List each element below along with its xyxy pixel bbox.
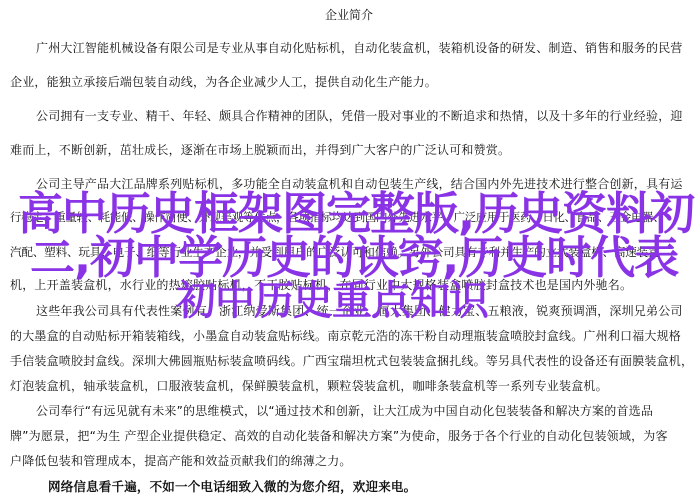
paragraph-line: 牌”为愿景，把“为生 产型企业提供稳定、高效的自动化装备和解决方案”为使命，服务… [10, 427, 668, 444]
paragraph-line: 公司拥有一支专业、精干、年轻、颇具合作精神的团队，凭借一股对事业的不断追求和热情… [36, 107, 683, 124]
paragraph-line: 户降低包装和管理成本，提高产能和效益贡献我们的绵薄之力。 [10, 452, 352, 469]
page-title: 企业简介 [0, 6, 698, 23]
overlay-title-line-3: 初中历史重点知识 [176, 281, 488, 321]
paragraph-line: 灯泡装盒机，轴承装盒机，口服液装盒机，保鲜膜装盒机，颗粒袋装盒机，咖啡条装盒机等… [10, 377, 608, 394]
overlay-title-line-2: 二,初中学历史的诀窍,历史时代表 [30, 235, 678, 280]
paragraph-line: 企业，能独立承接后端包装自动线，为各企业减少人工，提供自动化生产能力。 [10, 73, 437, 90]
paragraph-line: 广州大江智能机械设备有限公司是专业从事自动化贴标机，自动化装盒机，装箱机设备的研… [36, 39, 683, 56]
overlay-title-line-1: 高中历史框架图完整版,历史资料初 [18, 191, 694, 236]
paragraph-line: 公司奉行“有远见就有未来”的思维模式，以“通过技术和创新，让大江成为中国自动化包… [36, 402, 653, 419]
paragraph-line: 的大墨盒的自动贴标开箱装箱线，小墨盒自动装盒贴标线。南京乾元浩的冻干粉自动理瓶装… [10, 327, 681, 344]
closing-line: 网络信息看千遍，不如一个电话细致入微的为您介绍，欢迎来电。 [48, 477, 416, 495]
paragraph-line: 难而上，不断创新，茁壮成长，逐渐在市场上脱颖而出，并得到广大客户的广泛认可和赞赏… [10, 141, 510, 158]
paragraph-line: 手信装盒喷胶封盒线。深圳大佛圆瓶贴标装盒喷码线。广西宝瑞坦枕式包装装盒捆扎线。等… [10, 352, 693, 369]
